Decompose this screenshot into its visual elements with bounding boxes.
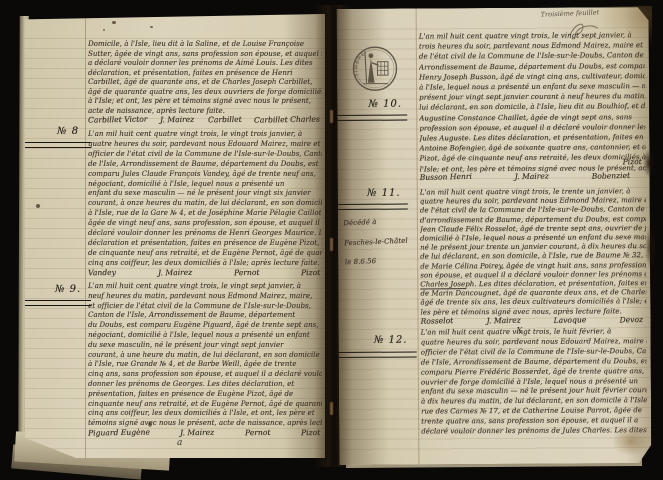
handwritten-line: enfant du sexe masculin — né le présent … <box>88 189 322 199</box>
entry-9-signature-row: Piguard EugèneJ. MairezPernotPizot <box>88 428 320 437</box>
handwritten-line: déclaration et présentation, faites en p… <box>88 239 322 249</box>
right-page: Troisième feuillet TIMBRE <box>337 7 652 465</box>
entry-11-signature-row: RosselotJ. MairezLavoqueDevoz <box>420 315 642 325</box>
handwritten-line: déclaré vouloir donner les prénoms de Ju… <box>421 426 647 437</box>
handwritten-line: et officier de l'état civil de la Commun… <box>88 302 322 312</box>
signature: Devoz <box>619 315 643 325</box>
signature: Carbillet Charles <box>254 114 320 124</box>
handwritten-line: présentation, faites en présence de Eugè… <box>88 390 322 400</box>
handwritten-line: âgée de vingt neuf ans, sans profession,… <box>88 219 322 229</box>
binding-stitch <box>330 402 333 415</box>
handwritten-line: Domicile, à l'Isle, lieu dit à la Saline… <box>88 40 322 50</box>
death-margin-note: Décédé àFesches-le-Châtelle 8.6.56 <box>343 211 421 273</box>
signature: Carbillet Victor <box>88 114 148 124</box>
margin-rule <box>85 14 86 458</box>
handwritten-line: à l'Isle; et ont, les père et témoins si… <box>88 97 322 107</box>
entry-11-number-underline <box>337 204 408 210</box>
entry-12-text: L'an mil huit cent quatre vingt trois, l… <box>421 327 648 437</box>
entry-10-witness-paraph: Pizot <box>622 157 641 166</box>
entry-10-signature-row: Busson HenriJ. MairezBobenziet <box>420 171 630 181</box>
binding-stitch <box>330 238 333 251</box>
handwritten-line: L'an mil huit cent quatre vingt trois, l… <box>88 130 322 140</box>
handwritten-line: Carbillet, âgé de quarante ans, et de Ch… <box>88 78 322 88</box>
handwritten-line: neuf heures du matin, pardevant nous Edm… <box>88 292 322 302</box>
handwritten-line: officier de l'état civil de la Commune d… <box>88 150 322 160</box>
handwritten-line: déclaration, et présentation, faites en … <box>88 69 322 79</box>
entry-10-number-underline <box>337 115 408 121</box>
handwritten-line: déclaré vouloir donner les prénoms de He… <box>88 229 322 239</box>
entry-8-signature-row: VandeyJ. MairezPernotPizot <box>88 268 320 277</box>
entry-12-number: № 12. <box>361 334 421 345</box>
signature: Rosselot <box>420 316 453 326</box>
death-note-line: le 8.6.56 <box>344 250 421 273</box>
entry-7-text: Domicile, à l'Isle, lieu dit à la Saline… <box>88 40 322 116</box>
handwritten-line: âgé de quarante quatre ans, les deux ouv… <box>88 88 322 98</box>
handwritten-line: L'an mil huit cent quatre vingt trois, l… <box>88 282 322 292</box>
signature: J. Mairez <box>514 171 548 181</box>
handwritten-line: du sexe masculin, né le présent jour vin… <box>88 341 322 351</box>
entry-8-text: L'an mil huit cent quatre vingt trois, l… <box>88 130 322 269</box>
entry-12-number-underline <box>337 351 417 358</box>
scanned-register-spread: Domicile, à l'Isle, lieu dit à la Saline… <box>0 0 663 480</box>
handwritten-line: donner les prénoms de Georges. Les dites… <box>88 380 322 390</box>
handwritten-line: de l'Isle, Arrondissement de Baume, dépa… <box>88 160 322 170</box>
signature: Pernot <box>234 268 260 277</box>
handwritten-line: de cinquante neuf ans retraité, et de Eu… <box>88 249 322 259</box>
signature: Bobenziet <box>591 171 630 181</box>
handwritten-line: courant, à une heure du matin, de lui dé… <box>88 351 322 361</box>
handwritten-line: Sutter, âgée de vingt ans, sans professi… <box>88 50 322 60</box>
handwritten-line: cinq ans coiffeur, les deux domiciliés à… <box>88 409 322 419</box>
handwritten-line: a déclaré vouloir donner les prénoms de … <box>88 59 322 69</box>
left-page: Domicile, à l'Isle, lieu dit à la Saline… <box>25 14 325 458</box>
handwritten-line: négociant, domicilié à l'Isle, lequel no… <box>88 180 322 190</box>
handwritten-line: négociant, domicilié à l'Isle, lequel no… <box>88 331 322 341</box>
entry-10-text: L'an mil huit cent quatre vingt trois, l… <box>419 30 646 174</box>
entry-10-number: № 10. <box>353 98 417 109</box>
signature: J. Mairez <box>158 268 192 278</box>
binding-stitch <box>330 110 333 123</box>
handwritten-line: à l'Isle, rue Grande № 4, et de Barbe We… <box>88 360 322 370</box>
signature: J. Mairez <box>160 115 194 125</box>
entry-9-text: L'an mil huit cent quatre vingt trois, l… <box>88 282 322 429</box>
signature: Pernot <box>245 428 271 437</box>
handwritten-line: courant, à onze heures du matin, de lui … <box>88 199 322 209</box>
handwritten-line: du Doubs, est comparu Eugène Piguard, âg… <box>88 321 322 331</box>
handwritten-line: à l'Isle, rue de la Gare № 4, et de José… <box>88 209 322 219</box>
handwritten-line: comparu Jules Claude François Vandey, âg… <box>88 170 322 180</box>
signature: Lavoque <box>553 315 586 325</box>
signature: J. Mairez <box>180 428 214 438</box>
entry-9-paraph: a <box>177 438 182 448</box>
handwritten-line: quatre heures du soir, pardevant nous Ed… <box>88 140 322 150</box>
handwritten-line: cinquante neuf ans retraité, et de Eugèn… <box>88 400 322 410</box>
entry-7-signature-row: Carbillet VictorJ. MairezCarbilletCarbil… <box>88 115 320 124</box>
signature: Busson Henri <box>420 172 472 182</box>
revenue-stamp-icon: TIMBRE <box>351 43 399 95</box>
handwritten-line: Canton de l'Isle, Arrondissement de Baum… <box>88 311 322 321</box>
handwritten-line: cinq ans, sans profession son épouse, et… <box>88 370 322 380</box>
signature: Piguard Eugène <box>88 427 150 437</box>
signature: Pizot <box>301 268 320 277</box>
entry-8-number-underline <box>25 142 91 148</box>
signature: Carbillet <box>207 115 241 125</box>
signature: Vandey <box>88 268 116 277</box>
entry-11-number: № 11. <box>352 187 416 198</box>
signature: J. Mairez <box>486 316 520 326</box>
signature: Pizot <box>301 428 320 437</box>
entry-9-number-underline <box>25 300 91 306</box>
entry-11-text: L'an mil huit cent quatre vingt trois, l… <box>420 187 647 317</box>
